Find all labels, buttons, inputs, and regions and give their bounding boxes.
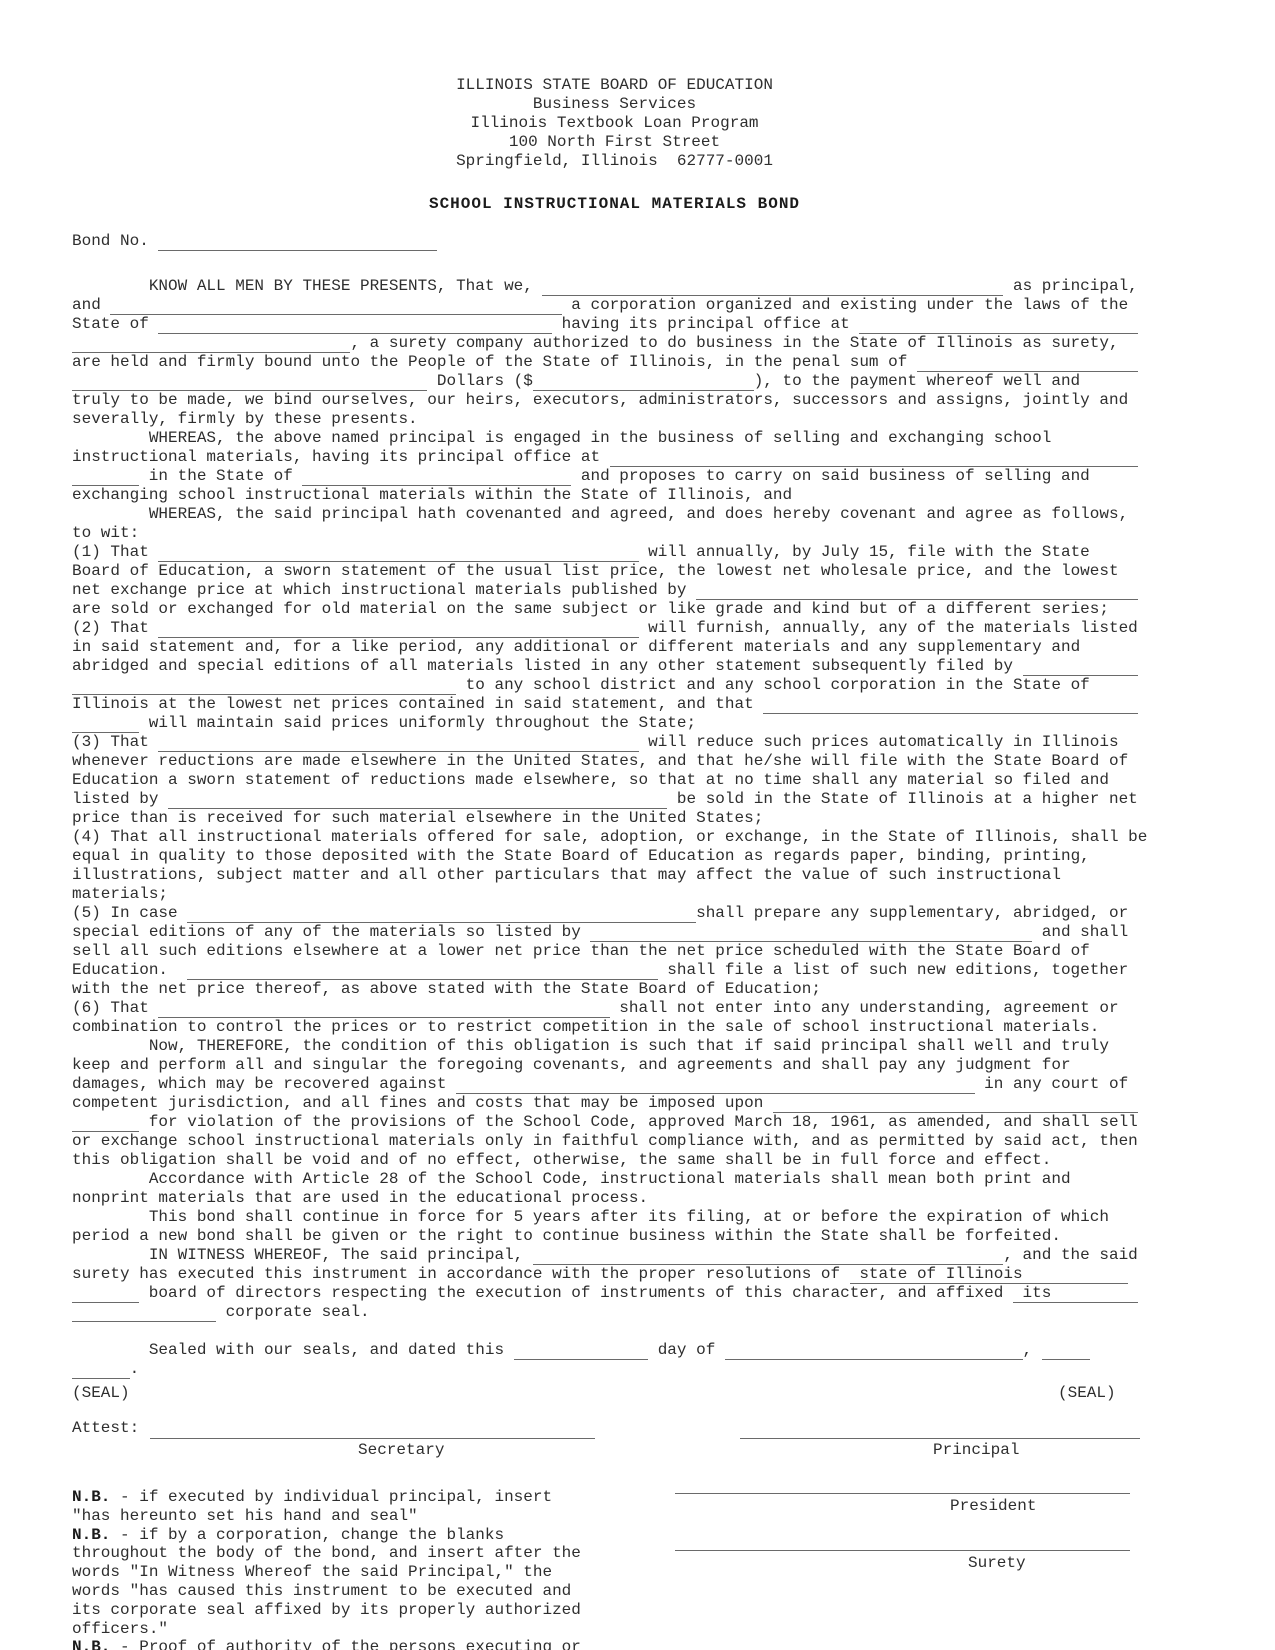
text-run: will furnish, annually, any of the mater… — [639, 619, 1138, 637]
blank-field[interactable] — [763, 695, 1137, 714]
text-run: KNOW ALL MEN BY THESE PRESENTS, That we, — [72, 277, 542, 295]
text-run: words "has caused this instrument to be … — [72, 1582, 571, 1600]
text-run: truly to be made, we bind ourselves, our… — [72, 391, 1128, 409]
text-run: "has hereunto set his hand and seal" — [72, 1507, 418, 1525]
text-run: - if executed by individual principal, i… — [110, 1488, 552, 1506]
document-line: sell all such editions elsewhere at a lo… — [72, 942, 1157, 961]
document-line: in said statement and, for a like period… — [72, 638, 1157, 657]
blank-field[interactable] — [1042, 1341, 1090, 1360]
text-run: special editions of any of the materials… — [72, 923, 590, 941]
filled-blank-field[interactable]: its — [1013, 1284, 1138, 1303]
document-line: keep and perform all and singular the fo… — [72, 1056, 1157, 1075]
text-run: and — [72, 296, 110, 314]
document-line: (5) In case shall prepare any supplement… — [72, 904, 1157, 923]
note-line: words "has caused this instrument to be … — [72, 1582, 581, 1601]
text-run: its corporate seal affixed by its proper… — [72, 1601, 581, 1619]
text-run: Sealed with our seals, and dated this — [72, 1341, 514, 1359]
blank-field[interactable] — [187, 961, 657, 980]
document-line: WHEREAS, the said principal hath covenan… — [72, 505, 1157, 524]
text-run: price than is received for such material… — [72, 809, 763, 827]
text-run: sell all such editions elsewhere at a lo… — [72, 942, 1090, 960]
text-run: corporate seal. — [216, 1303, 370, 1321]
president-signature-line[interactable] — [675, 1493, 1130, 1494]
document-line: period a new bond shall be given or the … — [72, 1227, 1157, 1246]
text-run: (1) That — [72, 543, 158, 561]
agency-address-street: 100 North First Street — [72, 133, 1157, 152]
document-line: and a corporation organized and existing… — [72, 296, 1157, 315]
text-run: (2) That — [72, 619, 158, 637]
blank-field[interactable] — [158, 619, 638, 638]
document-line: (2) That will furnish, annually, any of … — [72, 619, 1157, 638]
blank-field[interactable] — [72, 1113, 139, 1132]
document-line: net exchange price at which instructiona… — [72, 581, 1157, 600]
blank-field[interactable] — [72, 714, 139, 733]
text-run: Illinois at the lowest net prices contai… — [72, 695, 763, 713]
blank-field[interactable] — [72, 334, 350, 353]
document-line: Education. shall file a list of such new… — [72, 961, 1157, 980]
document-line: for violation of the provisions of the S… — [72, 1113, 1157, 1132]
document-line: this obligation shall be void and of no … — [72, 1151, 1157, 1170]
document-line: Accordance with Article 28 of the School… — [72, 1170, 1157, 1189]
text-run: Board of Education, a sworn statement of… — [72, 562, 1119, 580]
text-run: period a new bond shall be given or the … — [72, 1227, 1061, 1245]
text-run: in said statement and, for a like period… — [72, 638, 1080, 656]
text-run: Now, THEREFORE, the condition of this ob… — [72, 1037, 1109, 1055]
document-line: board of directors respecting the execut… — [72, 1284, 1157, 1303]
text-run: a corporation organized and existing und… — [562, 296, 1129, 314]
blank-field[interactable] — [72, 676, 456, 695]
text-run: day of — [648, 1341, 725, 1359]
bond-number-label: Bond No. — [72, 232, 149, 250]
document-title: SCHOOL INSTRUCTIONAL MATERIALS BOND — [72, 195, 1157, 214]
text-run: shall prepare any supplementary, abridge… — [696, 904, 1128, 922]
blank-field[interactable] — [187, 904, 696, 923]
document-line: competent jurisdiction, and all fines an… — [72, 1094, 1157, 1113]
blank-field[interactable] — [302, 467, 571, 486]
text-run: N.B. — [72, 1526, 110, 1544]
text-run: will maintain said prices uniformly thro… — [139, 714, 696, 732]
text-run: This bond shall continue in force for 5 … — [72, 1208, 1109, 1226]
text-run: N.B. — [72, 1638, 110, 1650]
document-line: damages, which may be recovered against … — [72, 1075, 1157, 1094]
text-run: with the net price thereof, as above sta… — [72, 980, 821, 998]
blank-field[interactable] — [725, 1341, 1023, 1360]
text-run: , and the said — [1003, 1246, 1137, 1264]
blank-field[interactable] — [610, 448, 1138, 467]
text-run: surety has executed this instrument in a… — [72, 1265, 850, 1283]
text-run: damages, which may be recovered against — [72, 1075, 456, 1093]
text-run: - if by a corporation, change the blanks — [110, 1526, 504, 1544]
text-run: WHEREAS, the said principal hath covenan… — [72, 505, 1128, 523]
blank-field[interactable] — [158, 733, 638, 752]
document-line: with the net price thereof, as above sta… — [72, 980, 1157, 999]
blank-field[interactable] — [72, 1284, 139, 1303]
document-line: instructional materials, having its prin… — [72, 448, 1157, 467]
document-line: whenever reductions are made elsewhere i… — [72, 752, 1157, 771]
document-line: Board of Education, a sworn statement of… — [72, 562, 1157, 581]
blank-field[interactable] — [72, 467, 139, 486]
document-line: illustrations, subject matter and all ot… — [72, 866, 1157, 885]
attest-label: Attest: — [72, 1419, 139, 1438]
document-line: Dollars ($), to the payment whereof well… — [72, 372, 1157, 391]
text-run: shall not enter into any understanding, … — [610, 999, 1119, 1017]
text-run: words "In Witness Whereof the said Princ… — [72, 1563, 552, 1581]
text-run: net exchange price at which instructiona… — [72, 581, 696, 599]
text-run: exchanging school instructional material… — [72, 486, 792, 504]
document-line: or exchange school instructional materia… — [72, 1132, 1157, 1151]
secretary-label: Secretary — [358, 1441, 444, 1460]
text-run: (3) That — [72, 733, 158, 751]
document-line: , a surety company authorized to do busi… — [72, 334, 1157, 353]
bond-number-row: Bond No. — [72, 232, 1157, 251]
document-line: in the State of and proposes to carry on… — [72, 467, 1157, 486]
text-run: throughout the body of the bond, and ins… — [72, 1544, 581, 1562]
document-line: exchanging school instructional material… — [72, 486, 1157, 505]
note-line: N.B. - if by a corporation, change the b… — [72, 1526, 581, 1545]
text-run: Accordance with Article 28 of the School… — [72, 1170, 1071, 1188]
document-line: truly to be made, we bind ourselves, our… — [72, 391, 1157, 410]
agency-division: Business Services — [72, 95, 1157, 114]
blank-field[interactable] — [110, 296, 561, 315]
document-line: Illinois at the lowest net prices contai… — [72, 695, 1157, 714]
text-run: this obligation shall be void and of no … — [72, 1151, 1051, 1169]
blank-field[interactable] — [456, 1075, 974, 1094]
document-line: (6) That shall not enter into any unders… — [72, 999, 1157, 1018]
document-line: materials; — [72, 885, 1157, 904]
principal-signature-line[interactable] — [740, 1438, 1140, 1439]
text-run: officers." — [72, 1620, 168, 1638]
document-line: Now, THEREFORE, the condition of this ob… — [72, 1037, 1157, 1056]
blank-field[interactable] — [533, 1246, 1003, 1265]
document-line: combination to control the prices or to … — [72, 1018, 1157, 1037]
document-line: will maintain said prices uniformly thro… — [72, 714, 1157, 733]
text-run: be sold in the State of Illinois at a hi… — [667, 790, 1137, 808]
text-run: (4) That all instructional materials off… — [72, 828, 1147, 846]
document-line: special editions of any of the materials… — [72, 923, 1157, 942]
president-label: President — [950, 1497, 1036, 1516]
note-line: N.B. - if executed by individual princip… — [72, 1488, 581, 1507]
text-run: whenever reductions are made elsewhere i… — [72, 752, 1128, 770]
text-run: listed by — [72, 790, 168, 808]
document-line: (1) That will annually, by July 15, file… — [72, 543, 1157, 562]
seal-left-label: (SEAL) — [72, 1384, 130, 1403]
document-line: equal in quality to those deposited with… — [72, 847, 1157, 866]
blank-field[interactable] — [542, 277, 1003, 296]
text-run: (5) In case — [72, 904, 187, 922]
document-line: (4) That all instructional materials off… — [72, 828, 1157, 847]
text-run: materials; — [72, 885, 168, 903]
surety-label: Surety — [968, 1554, 1026, 1573]
notes-block: N.B. - if executed by individual princip… — [72, 1488, 581, 1650]
agency-address-city: Springfield, Illinois 62777-0001 — [72, 152, 1157, 171]
blank-field[interactable] — [859, 315, 1137, 334]
text-run: will annually, by July 15, file with the… — [639, 543, 1090, 561]
text-run: combination to control the prices or to … — [72, 1018, 1099, 1036]
body-lines: KNOW ALL MEN BY THESE PRESENTS, That we,… — [72, 277, 1157, 1379]
text-run: ), to the payment whereof well and — [754, 372, 1080, 390]
text-run: , — [1023, 1341, 1042, 1359]
spacer — [149, 232, 159, 250]
document-line: IN WITNESS WHEREOF, The said principal, … — [72, 1246, 1157, 1265]
note-line: throughout the body of the bond, and ins… — [72, 1544, 581, 1563]
text-run: keep and perform all and singular the fo… — [72, 1056, 1071, 1074]
text-run: Education a sworn statement of reduction… — [72, 771, 1109, 789]
document-line: . — [72, 1360, 1157, 1379]
blank-field[interactable] — [158, 999, 609, 1018]
document-page: ILLINOIS STATE BOARD OF EDUCATION Busine… — [0, 0, 1275, 1650]
text-run: , a surety company authorized to do busi… — [350, 334, 1118, 352]
text-run: illustrations, subject matter and all ot… — [72, 866, 1061, 884]
bond-number-field[interactable] — [158, 232, 436, 251]
text-run: - Proof of authority of the persons exec… — [110, 1638, 580, 1650]
note-line: officers." — [72, 1620, 581, 1639]
note-line: its corporate seal affixed by its proper… — [72, 1601, 581, 1620]
text-run: or exchange school instructional materia… — [72, 1132, 1138, 1150]
blank-field[interactable] — [917, 353, 1138, 372]
text-run: to wit: — [72, 524, 139, 542]
text-run: shall file a list of such new editions, … — [658, 961, 1128, 979]
document-content: ILLINOIS STATE BOARD OF EDUCATION Busine… — [72, 76, 1157, 1379]
text-run: will reduce such prices automatically in… — [639, 733, 1119, 751]
text-run: Education. — [72, 961, 187, 979]
document-line — [72, 1322, 1157, 1341]
document-line: to wit: — [72, 524, 1157, 543]
document-line: KNOW ALL MEN BY THESE PRESENTS, That we,… — [72, 277, 1157, 296]
document-line: price than is received for such material… — [72, 809, 1157, 828]
text-run: State of — [72, 315, 158, 333]
text-run: IN WITNESS WHEREOF, The said principal, — [72, 1246, 533, 1264]
blank-field[interactable] — [158, 543, 638, 562]
text-run: are held and firmly bound unto the Peopl… — [72, 353, 917, 371]
document-line: This bond shall continue in force for 5 … — [72, 1208, 1157, 1227]
text-run: for violation of the provisions of the S… — [139, 1113, 1138, 1131]
text-run: board of directors respecting the execut… — [139, 1284, 1013, 1302]
document-line: Education a sworn statement of reduction… — [72, 771, 1157, 790]
text-run: in the State of — [139, 467, 302, 485]
document-line: surety has executed this instrument in a… — [72, 1265, 1157, 1284]
blank-field[interactable] — [1023, 657, 1138, 676]
text-run: competent jurisdiction, and all fines an… — [72, 1094, 773, 1112]
document-line: corporate seal. — [72, 1303, 1157, 1322]
text-run: (6) That — [72, 999, 158, 1017]
document-line: severally, firmly by these presents. — [72, 410, 1157, 429]
note-line: N.B. - Proof of authority of the persons… — [72, 1638, 581, 1650]
document-line: Sealed with our seals, and dated this da… — [72, 1341, 1157, 1360]
agency-name: ILLINOIS STATE BOARD OF EDUCATION — [72, 76, 1157, 95]
document-line: State of having its principal office at — [72, 315, 1157, 334]
blank-field[interactable] — [168, 790, 667, 809]
text-run: Dollars ($ — [427, 372, 533, 390]
text-run: in any court of — [975, 1075, 1129, 1093]
note-line: words "In Witness Whereof the said Princ… — [72, 1563, 581, 1582]
document-line: (3) That will reduce such prices automat… — [72, 733, 1157, 752]
blank-field[interactable] — [514, 1341, 648, 1360]
text-run: as principal, — [1003, 277, 1137, 295]
text-run: . — [130, 1360, 140, 1378]
text-run: WHEREAS, the above named principal is en… — [72, 429, 1051, 447]
seal-right-label: (SEAL) — [1058, 1384, 1116, 1403]
blank-field[interactable] — [696, 581, 1138, 600]
document-line: are sold or exchanged for old material o… — [72, 600, 1157, 619]
blank-field[interactable] — [773, 1094, 1138, 1113]
note-line: "has hereunto set his hand and seal" — [72, 1507, 581, 1526]
text-run: to any school district and any school co… — [456, 676, 1090, 694]
text-run: instructional materials, having its prin… — [72, 448, 610, 466]
blank-field[interactable] — [72, 1303, 216, 1322]
text-run: and shall — [1032, 923, 1128, 941]
text-run: abridged and special editions of all mat… — [72, 657, 1023, 675]
text-run: nonprint materials that are used in the … — [72, 1189, 648, 1207]
text-run: N.B. — [72, 1488, 110, 1506]
document-line: are held and firmly bound unto the Peopl… — [72, 353, 1157, 372]
document-line: to any school district and any school co… — [72, 676, 1157, 695]
blank-field[interactable] — [72, 372, 427, 391]
document-line: abridged and special editions of all mat… — [72, 657, 1157, 676]
blank-field[interactable] — [590, 923, 1032, 942]
blank-field[interactable] — [72, 1360, 130, 1379]
text-run: severally, firmly by these presents. — [72, 410, 418, 428]
filled-blank-field[interactable]: state of Illinois — [850, 1265, 1128, 1284]
document-line: nonprint materials that are used in the … — [72, 1189, 1157, 1208]
blank-field[interactable] — [533, 372, 754, 391]
secretary-signature-line[interactable] — [150, 1438, 595, 1439]
surety-signature-line[interactable] — [675, 1550, 1130, 1551]
agency-program: Illinois Textbook Loan Program — [72, 114, 1157, 133]
principal-label: Principal — [933, 1441, 1019, 1460]
document-line: WHEREAS, the above named principal is en… — [72, 429, 1157, 448]
text-run: equal in quality to those deposited with… — [72, 847, 1090, 865]
blank-field[interactable] — [158, 315, 552, 334]
text-run: are sold or exchanged for old material o… — [72, 600, 1109, 618]
text-run: and proposes to carry on said business o… — [571, 467, 1089, 485]
text-run: having its principal office at — [552, 315, 859, 333]
document-line: listed by be sold in the State of Illino… — [72, 790, 1157, 809]
